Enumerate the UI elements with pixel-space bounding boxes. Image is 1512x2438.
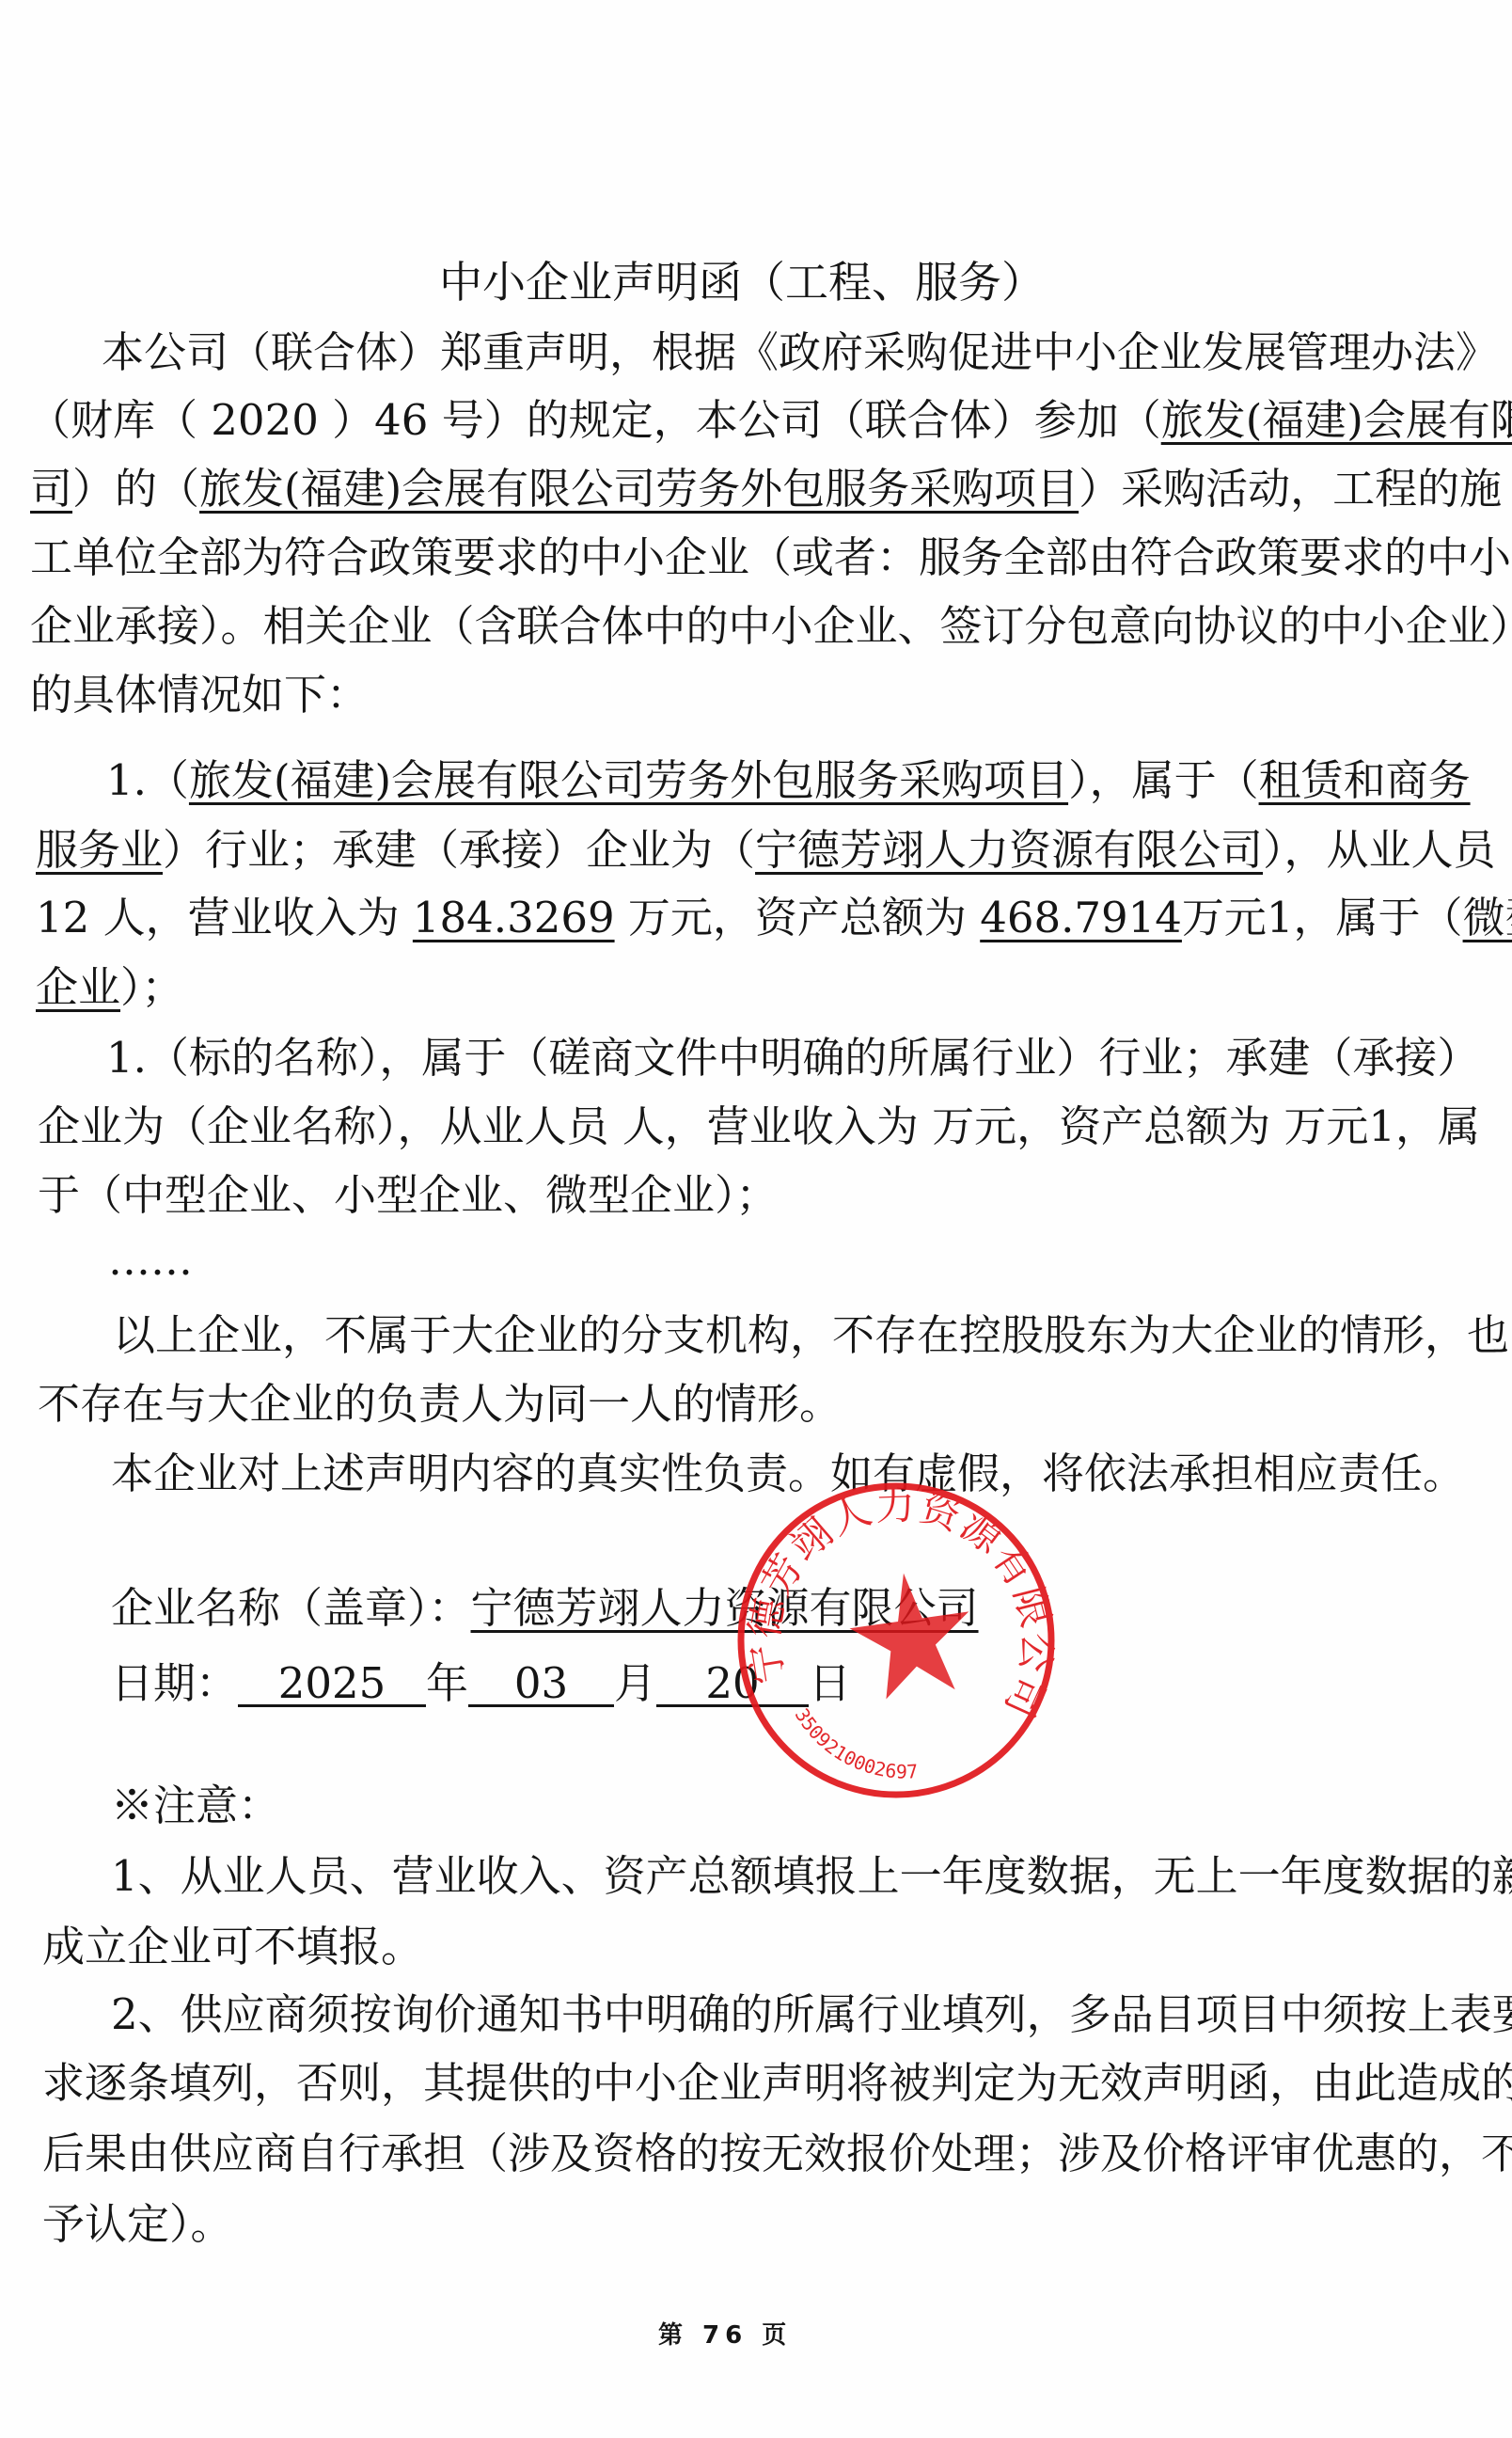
- text-segment: ）；: [120, 962, 184, 1012]
- company-label: 企业名称（盖章）：: [111, 1583, 471, 1633]
- template-item-line-1: 1.（标的名称），属于（磋商文件中明确的所属行业）行业；承建（承接）: [106, 1030, 1479, 1086]
- item-1-line-2: 服务业）行业；承建（承接）企业为（宁德芳翊人力资源有限公司），从业人员: [36, 822, 1496, 879]
- company-signature-line: 企业名称（盖章）：宁德芳翊人力资源有限公司: [111, 1580, 979, 1637]
- item-1-line-1: 1.（旅发(福建)会展有限公司劳务外包服务采购项目），属于（租赁和商务: [106, 752, 1471, 809]
- paragraph-1-line-4: 工单位全部为符合政策要求的中小企业（或者：服务全部由符合政策要求的中小: [30, 530, 1511, 586]
- paragraph-3: 本企业对上述声明内容的真实性负责。如有虚假，将依法承担相应责任。: [111, 1446, 1465, 1502]
- paragraph-1-line-5: 企业承接）。相关企业（含联合体中的中小企业、签订分包意向协议的中小企业）: [30, 598, 1512, 655]
- notes-heading: ※注意：: [111, 1778, 280, 1834]
- assets-value: 468.7914: [980, 893, 1182, 942]
- text-segment: 万元1，属于（: [1182, 893, 1463, 942]
- month-unit: 月: [614, 1658, 656, 1708]
- date-year: 2025: [238, 1655, 426, 1707]
- company-value: 宁德芳翊人力资源有限公司: [471, 1583, 979, 1633]
- paragraph-1-line-3: 司）的（旅发(福建)会展有限公司劳务外包服务采购项目）采购活动，工程的施: [30, 461, 1502, 517]
- page-number: 第 76 页: [658, 2316, 792, 2351]
- svg-text:3509210002697: 3509210002697: [791, 1704, 919, 1783]
- item-project-name: 旅发(福建)会展有限公司劳务外包服务采购项目: [189, 755, 1068, 805]
- item-industry: 租赁和商务: [1259, 755, 1471, 805]
- employee-count: 12: [36, 893, 89, 942]
- enterprise-size: 微型: [1463, 893, 1512, 942]
- template-item-line-2: 企业为（企业名称），从业人员 人，营业收入为 万元，资产总额为 万元1，属: [38, 1099, 1480, 1155]
- date-day: 20: [656, 1655, 809, 1707]
- item-industry-end: 服务业: [36, 825, 163, 875]
- ellipsis: ……: [108, 1232, 193, 1289]
- note-2-line-1: 2、供应商须按询价通知书中明确的所属行业填列，多品目项目中须按上表要: [111, 1987, 1512, 2043]
- text-segment: ）的（: [72, 464, 199, 514]
- text-segment: ）采购活动，工程的施: [1079, 464, 1502, 514]
- paragraph-1-line-6: 的具体情况如下：: [30, 667, 369, 723]
- note-2-line-4: 予认定）。: [42, 2196, 233, 2253]
- date-month: 03: [468, 1655, 614, 1707]
- paragraph-2-line-2: 不存在与大企业的负责人为同一人的情形。: [38, 1376, 842, 1433]
- enterprise-size-end: 企业: [36, 962, 120, 1012]
- purchaser-name: 旅发(福建)会展有限公: [1161, 395, 1512, 445]
- text-segment: ），属于（: [1068, 755, 1259, 805]
- text-segment: ），从业人员: [1263, 825, 1496, 875]
- date-label: 日期：: [111, 1658, 238, 1708]
- date-line: 日期：2025年03月20日: [111, 1655, 851, 1712]
- item-company-name: 宁德芳翊人力资源有限公司: [755, 825, 1263, 875]
- purchaser-name-end: 司: [30, 464, 72, 514]
- text-segment: （财库（ 2020 ）46 号）的规定，本公司（联合体）参加（: [28, 395, 1161, 445]
- paragraph-1-line-2: （财库（ 2020 ）46 号）的规定，本公司（联合体）参加（旅发(福建)会展有…: [28, 392, 1512, 449]
- note-2-line-3: 后果由供应商自行承担（涉及资格的按无效报价处理；涉及价格评审优惠的，不: [42, 2126, 1512, 2182]
- text-segment: 1.（: [106, 755, 189, 805]
- text-segment: 人，营业收入为: [89, 893, 413, 942]
- note-1-line-1: 1、从业人员、营业收入、资产总额填报上一年度数据，无上一年度数据的新: [111, 1848, 1512, 1905]
- text-segment: 万元，资产总额为: [615, 893, 981, 942]
- document-page: 中小企业声明函（工程、服务） 本公司（联合体）郑重声明，根据《政府采购促进中小企…: [0, 0, 1512, 2438]
- paragraph-2-line-1: 以上企业，不属于大企业的分支机构，不存在控股股东为大企业的情形，也: [113, 1307, 1509, 1364]
- revenue-value: 184.3269: [413, 893, 615, 942]
- paragraph-1-line-1: 本公司（联合体）郑重声明，根据《政府采购促进中小企业发展管理办法》: [102, 325, 1498, 381]
- note-1-line-2: 成立企业可不填报。: [42, 1919, 423, 1975]
- day-unit: 日: [809, 1658, 851, 1708]
- year-unit: 年: [426, 1658, 468, 1708]
- item-1-line-4: 企业）；: [36, 959, 184, 1016]
- note-2-line-2: 求逐条填列，否则，其提供的中小企业声明将被判定为无效声明函，由此造成的: [42, 2055, 1512, 2112]
- page-title: 中小企业声明函（工程、服务）: [439, 254, 1045, 310]
- stamp-code-text: 3509210002697: [791, 1704, 919, 1783]
- text-segment: ）行业；承建（承接）企业为（: [163, 825, 755, 875]
- template-item-line-3: 于（中型企业、小型企业、微型企业）；: [38, 1167, 779, 1224]
- project-name: 旅发(福建)会展有限公司劳务外包服务采购项目: [199, 464, 1079, 514]
- company-seal-icon: 宁德芳翊人力资源有限公司 3509210002697: [729, 1479, 1058, 1803]
- item-1-line-3: 12 人，营业收入为 184.3269 万元，资产总额为 468.7914万元1…: [36, 890, 1512, 946]
